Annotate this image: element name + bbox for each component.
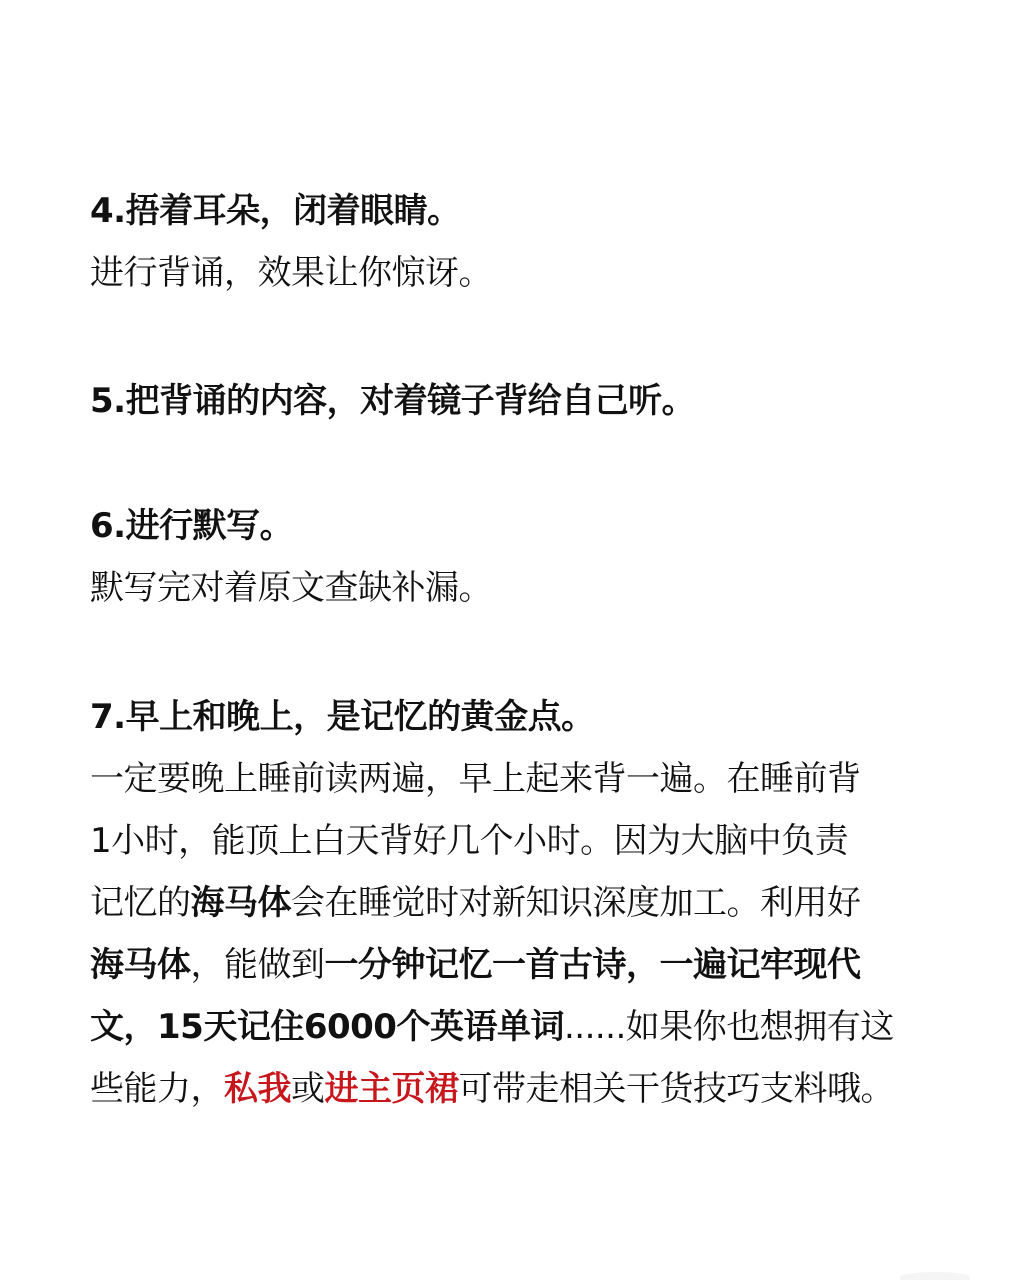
- red-highlight-join-group: 进主页裙: [325, 1069, 459, 1109]
- tip-6-heading: 6.进行默写。: [90, 495, 970, 557]
- text-segment: ......如果你也想拥有这: [564, 1007, 894, 1047]
- tip-4-heading: 4.捂着耳朵，闭着眼睛。: [90, 180, 970, 242]
- tip-7-body-line-5: 文，15天记住6000个英语单词......如果你也想拥有这: [90, 996, 970, 1058]
- text-segment: 些能力，: [90, 1069, 224, 1109]
- tip-5-heading: 5.把背诵的内容，对着镜子背给自己听。: [90, 370, 970, 432]
- bold-claim: 文，15天记住6000个英语单词: [90, 1007, 564, 1047]
- tip-7-body-line-1: 一定要晚上睡前读两遍，早上起来背一遍。在睡前背: [90, 748, 970, 810]
- tip-7-heading: 7.早上和晚上，是记忆的黄金点。: [90, 686, 970, 748]
- tip-4: 4.捂着耳朵，闭着眼睛。 进行背诵，效果让你惊讶。: [90, 180, 970, 304]
- text-segment: 会在睡觉时对新知识深度加工。利用好: [291, 883, 861, 923]
- tip-6: 6.进行默写。 默写完对着原文查缺补漏。: [90, 495, 970, 619]
- tip-7-body-line-3: 记忆的海马体会在睡觉时对新知识深度加工。利用好: [90, 872, 970, 934]
- red-highlight-dm-me: 私我: [224, 1069, 291, 1109]
- tip-7-body-line-2: 1小时，能顶上白天背好几个小时。因为大脑中负责: [90, 810, 970, 872]
- tip-7-body-line-4: 海马体，能做到一分钟记忆一首古诗，一遍记牢现代: [90, 934, 970, 996]
- bold-term-hippocampus: 海马体: [191, 883, 292, 923]
- tip-6-body: 默写完对着原文查缺补漏。: [90, 557, 970, 619]
- bold-term-hippocampus: 海马体: [90, 945, 191, 985]
- tip-4-body: 进行背诵，效果让你惊讶。: [90, 242, 970, 304]
- tip-5: 5.把背诵的内容，对着镜子背给自己听。: [90, 370, 970, 432]
- bottom-edge-shadow: [900, 1272, 970, 1280]
- text-segment: ，能做到: [191, 945, 325, 985]
- bold-claim: 一分钟记忆一首古诗，一遍记牢现代: [325, 945, 861, 985]
- tip-7-body-line-6: 些能力，私我或进主页裙可带走相关干货技巧支料哦。: [90, 1058, 970, 1120]
- text-segment: 记忆的: [90, 883, 191, 923]
- tip-7: 7.早上和晚上，是记忆的黄金点。 一定要晚上睡前读两遍，早上起来背一遍。在睡前背…: [90, 686, 970, 1120]
- text-segment: 可带走相关干货技巧支料哦。: [459, 1069, 895, 1109]
- text-segment: 或: [291, 1069, 325, 1109]
